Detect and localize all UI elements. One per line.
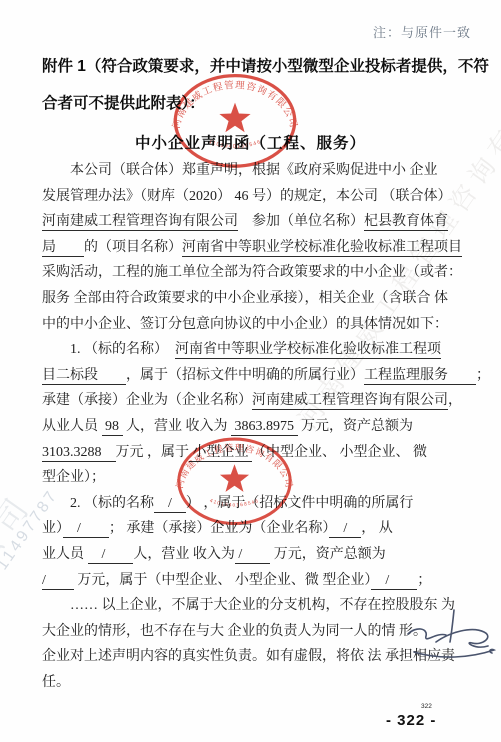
body-line: 1. （标的名称） 河南省中等职业学校标准化验收标准工程项 [42,337,472,363]
note-copy-consistent: 注：与原件一致 [373,22,471,41]
filled-blank: 河南建威工程管理咨询有限公司 [42,214,238,231]
body-line: 局 的（项目名称）河南省中等职业学校标准化验收标准工程项目 [42,235,472,261]
text-segment: 企业对上述声明内容的真实性负责。如有虚假，将依 法 承担相应责 [42,649,455,664]
filled-blank: 河南省中等职业学校标准化验收标准工程项 [175,342,441,359]
body-line: 采购活动，工程的施工单位全部为符合政策要求的中小企业（或者： [42,260,472,286]
text-segment: 万元，属于（中型企业、 小型企业、微 型企业） [74,573,372,588]
filled-blank: 3103.3288 [42,445,116,462]
text-segment: 大企业的情形，也不存在与大 企业的负责人为同一人的情 形。 [42,624,427,639]
filled-blank: / [371,573,417,590]
body-line: 服务 全部由符合政策要求的中小企业承接），相关企业（含联合 体 [42,286,472,312]
text-segment: 从业人员 [42,419,102,434]
text-segment: 业） [42,521,63,536]
body-line: 目二标段 ，属于（招标文件中明确的所属行业）工程监理服务 ； [42,363,472,389]
text-segment: 1. （标的名称） [70,342,175,357]
handwritten-signature [402,608,500,662]
page-number: - 322 - [386,712,436,729]
svg-text:4101940168546: 4101940168546 [208,139,263,150]
text-segment: 业人员 [42,547,88,562]
filled-blank: / [329,521,361,538]
watermark-company-left: 公司 [0,482,42,574]
filled-blank: / [235,547,270,564]
text-segment: 承建（承接）企业为（企业名称） [42,393,252,408]
body-line: 发展管理办法》（财库（2020） 46 号）的规定，本公司 （联合体） [42,184,472,210]
text-segment: 型企业）； [42,470,105,485]
filled-blank: 河南建威工程管理咨询有限公司 [252,393,448,410]
text-segment: 人，营业 收入为 [133,547,235,562]
text-segment: 服务 全部由符合政策要求的中小企业承接），相关企业（含联合 体 [42,291,448,306]
body-line: 河南建威工程管理咨询有限公司 参加（单位名称）杞县教育体育 [42,209,472,235]
svg-text:4101940168546: 4101940168546 [209,498,260,509]
company-seal-stamp-top: 河南建威工程管理咨询有限公司4101940168546 [165,67,305,171]
text-segment: 中的中小企业、签订分包意向协议的中小企业）的具体情况如下： [42,317,448,332]
text-segment: 万元，资产总额为 [270,547,386,562]
filled-blank: 杞县教育体育 [364,214,448,231]
text-segment: ； [476,368,490,383]
filled-blank: / [42,573,74,590]
company-seal-stamp-bottom: 河南建威工程管理咨询有限公司4101940168546 [171,431,298,528]
text-segment: 的（项目名称） [84,240,182,255]
text-segment: 2. （标的名称 [70,496,154,511]
body-line: 承建（承接）企业为（企业名称）河南建威工程管理咨询有限公司， [42,388,472,414]
text-segment: ， [448,393,462,408]
seal-star-icon [219,103,250,133]
body-line: 任。 [42,670,472,696]
filled-blank: 局 [42,240,84,257]
filled-blank: 河南省中等职业学校标准化验收标准工程项目 [182,240,462,257]
text-segment: ； [417,573,431,588]
text-segment: 发展管理办法》（财库（2020） 46 号）的规定，本公司 （联合体） [42,189,452,204]
body-line: 业人员 / 人，营业 收入为 / 万元，资产总额为 [42,542,472,568]
text-segment: 万元，资产总额为 [298,419,414,434]
text-segment: 采购活动，工程的施工单位全部为符合政策要求的中小企业（或者： [42,265,462,280]
document-page: 公司 93711497787 河南建威工程管理咨询有限公司 注：与原件一致 附件… [0,0,501,742]
filled-blank: / [88,547,134,564]
filled-blank: 工程监理服务 [364,368,476,385]
text-segment: ，属于（招标文件中明确的所属行业） [126,368,364,383]
seal-star-icon [220,464,249,492]
body-line: / 万元，属于（中型企业、 小型企业、微 型企业） / ； [42,568,472,594]
body-line: 中的中小企业、签订分包意向协议的中小企业）的具体情况如下： [42,312,472,338]
text-segment: ， 从 [361,521,393,536]
text-segment: 任。 [42,675,70,690]
filled-blank: 目二标段 [42,368,126,385]
text-segment: 参加（单位名称） [238,214,364,229]
filled-blank: / [63,521,109,538]
text-segment: …… 以上企业，不属于大企业的分支机构，不存在控股股东 为 [70,598,455,613]
filled-blank: 98 [102,419,123,436]
page-number-superscript: 322 [421,703,432,710]
